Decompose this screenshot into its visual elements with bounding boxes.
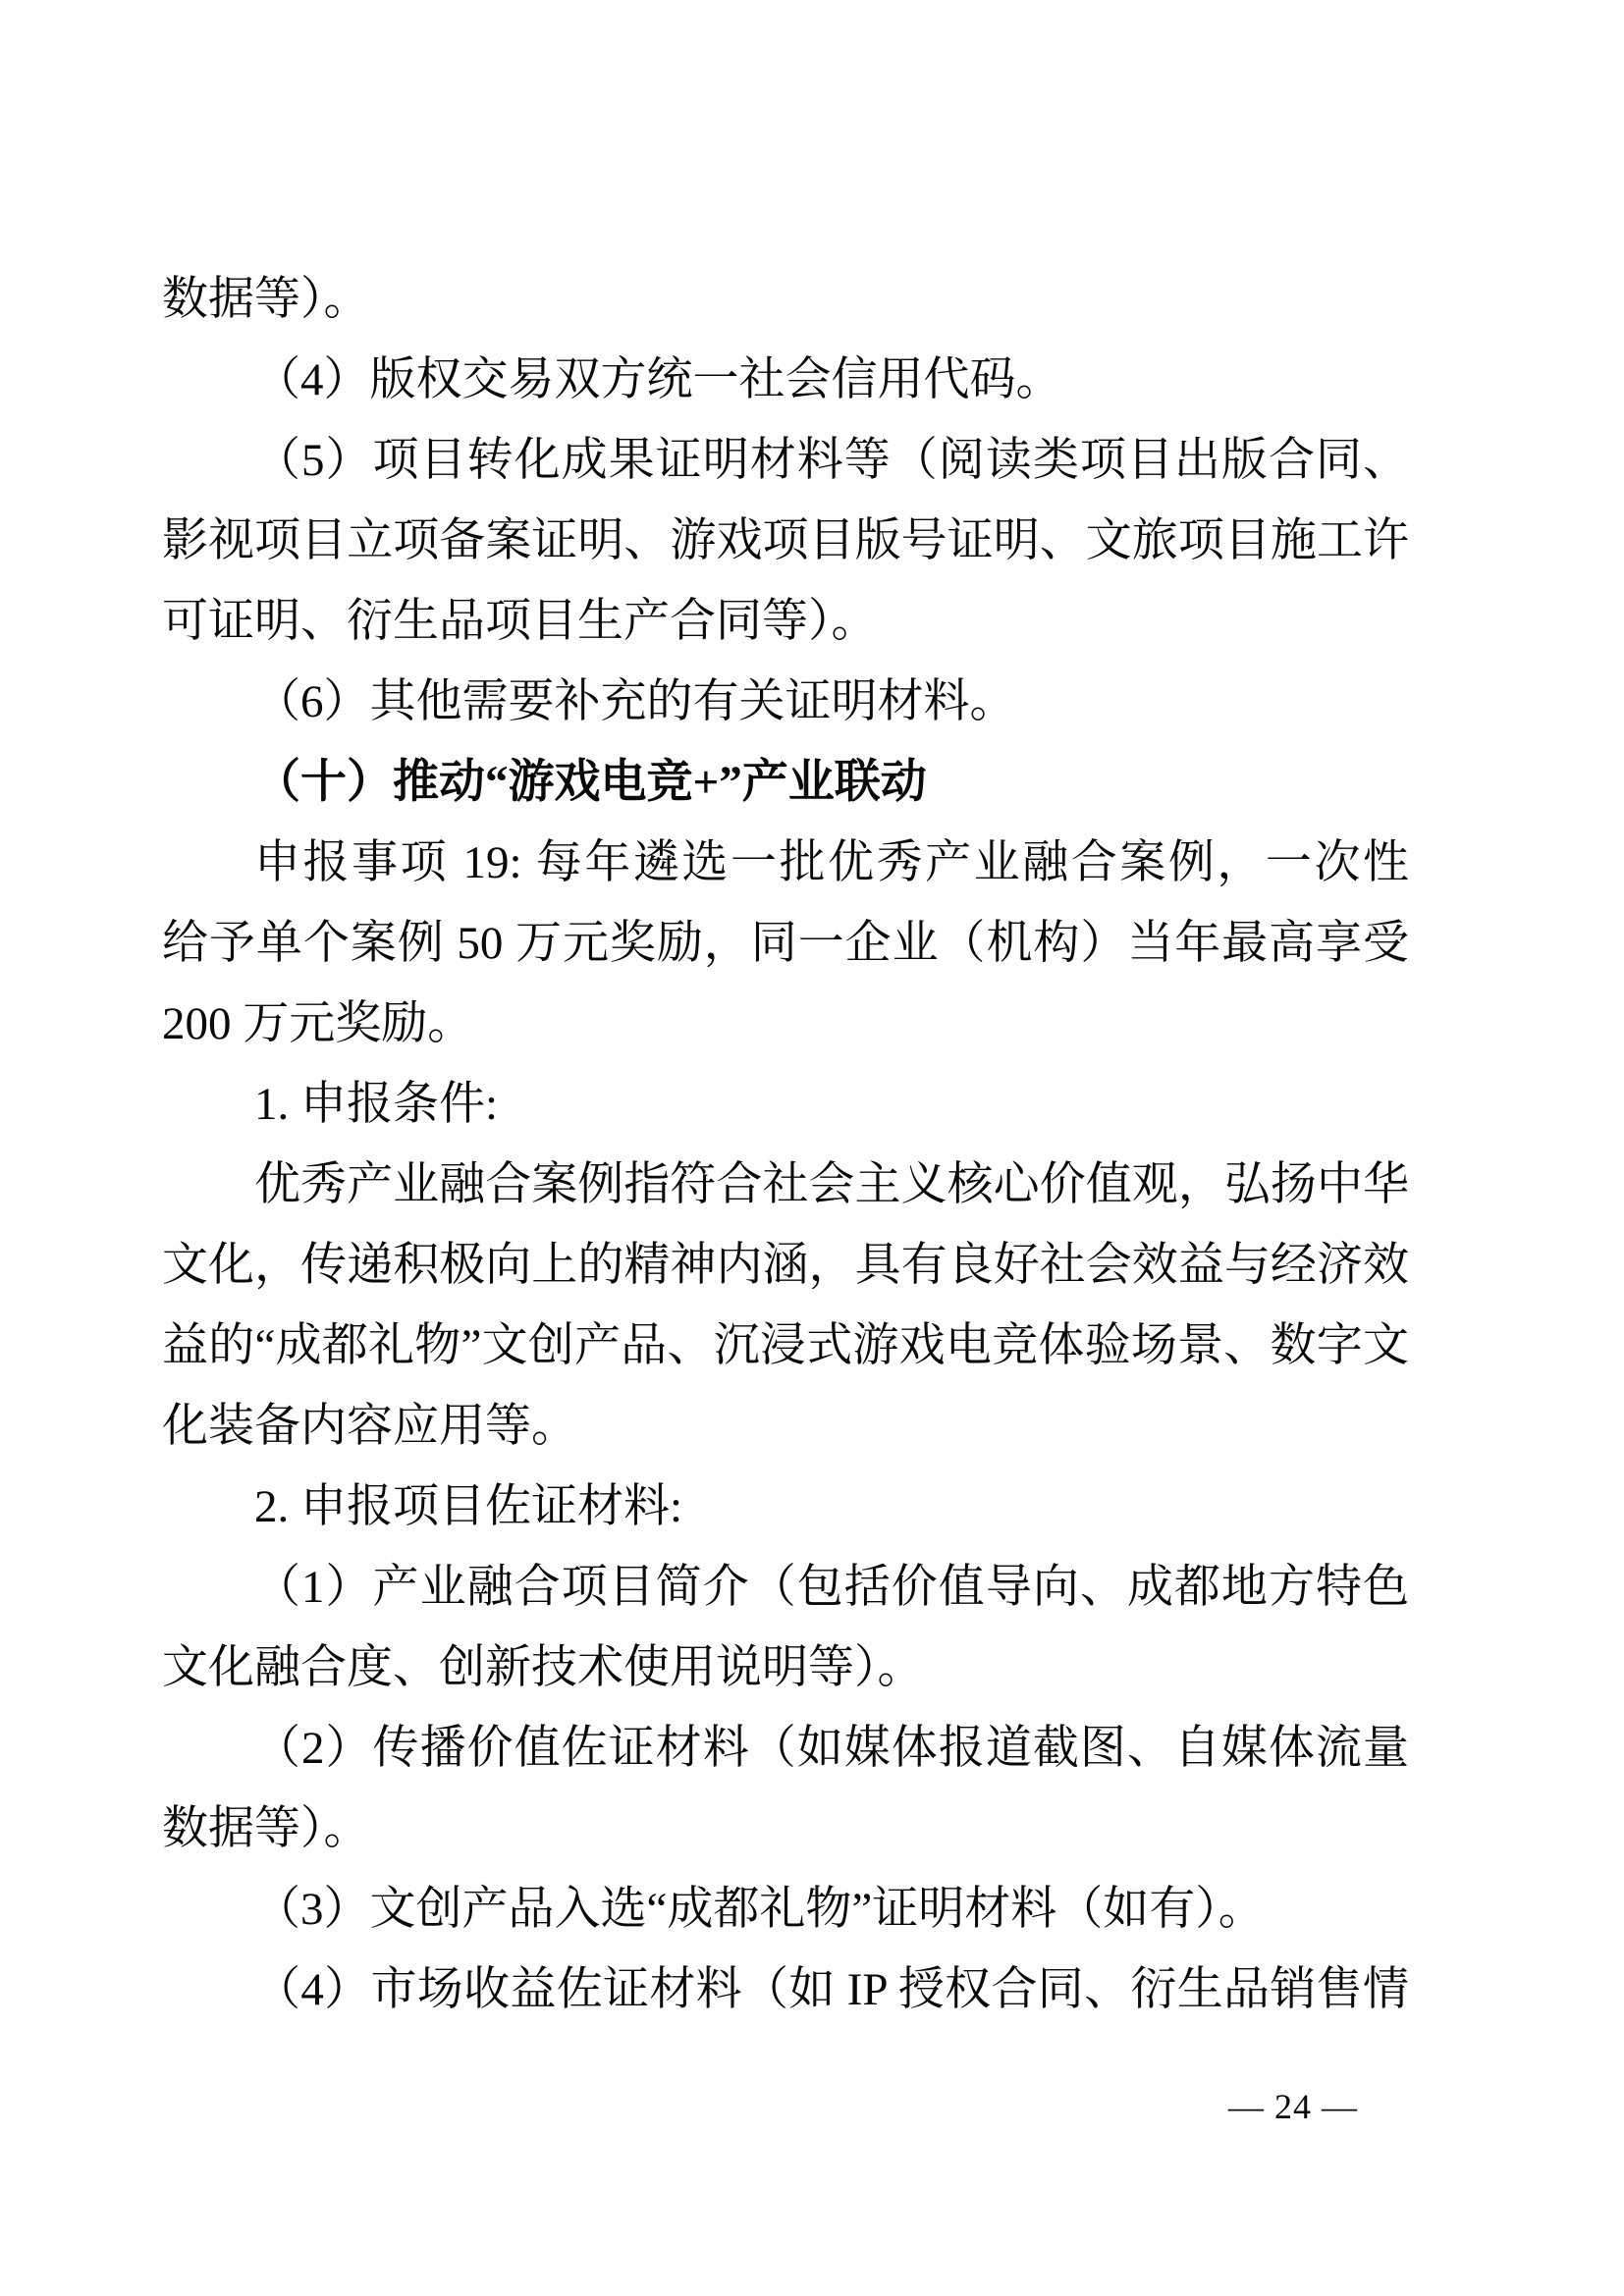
text-line: （3）文创产品入选“成都礼物”证明材料（如有）。	[162, 1869, 1409, 1949]
page-number: — 24 —	[1228, 2085, 1358, 2128]
text-line: （4）版权交易双方统一社会信用代码。	[162, 340, 1409, 420]
text-line: 数据等）。	[162, 1789, 1409, 1869]
text-line: 200 万元奖励。	[162, 984, 1409, 1064]
text-line: 2. 申报项目佐证材料:	[162, 1467, 1409, 1547]
text-line: （6）其他需要补充的有关证明材料。	[162, 662, 1409, 742]
text-line: 益的“成都礼物”文创产品、沉浸式游戏电竞体验场景、数字文	[162, 1306, 1409, 1386]
heading-line: （十）推动“游戏电竞+”产业联动	[162, 742, 1409, 823]
text-line: （2）传播价值佐证材料（如媒体报道截图、自媒体流量	[162, 1708, 1409, 1789]
text-line: 可证明、衍生品项目生产合同等）。	[162, 581, 1409, 662]
text-line: 1. 申报条件:	[162, 1064, 1409, 1145]
document-body: 数据等）。（4）版权交易双方统一社会信用代码。（5）项目转化成果证明材料等（阅读…	[162, 259, 1409, 2030]
text-line: （4）市场收益佐证材料（如 IP 授权合同、衍生品销售情	[162, 1949, 1409, 2030]
text-line: 给予单个案例 50 万元奖励，同一企业（机构）当年最高享受	[162, 903, 1409, 984]
text-line: （1）产业融合项目简介（包括价值导向、成都地方特色	[162, 1547, 1409, 1628]
document-page: 数据等）。（4）版权交易双方统一社会信用代码。（5）项目转化成果证明材料等（阅读…	[0, 0, 1624, 2296]
text-line: 文化融合度、创新技术使用说明等）。	[162, 1628, 1409, 1708]
text-line: 化装备内容应用等。	[162, 1386, 1409, 1467]
text-line: 影视项目立项备案证明、游戏项目版号证明、文旅项目施工许	[162, 501, 1409, 581]
text-line: 申报事项 19: 每年遴选一批优秀产业融合案例，一次性	[162, 823, 1409, 903]
text-line: 优秀产业融合案例指符合社会主义核心价值观，弘扬中华	[162, 1145, 1409, 1225]
text-line: （5）项目转化成果证明材料等（阅读类项目出版合同、	[162, 420, 1409, 501]
text-line: 数据等）。	[162, 259, 1409, 340]
text-line: 文化，传递积极向上的精神内涵，具有良好社会效益与经济效	[162, 1225, 1409, 1306]
